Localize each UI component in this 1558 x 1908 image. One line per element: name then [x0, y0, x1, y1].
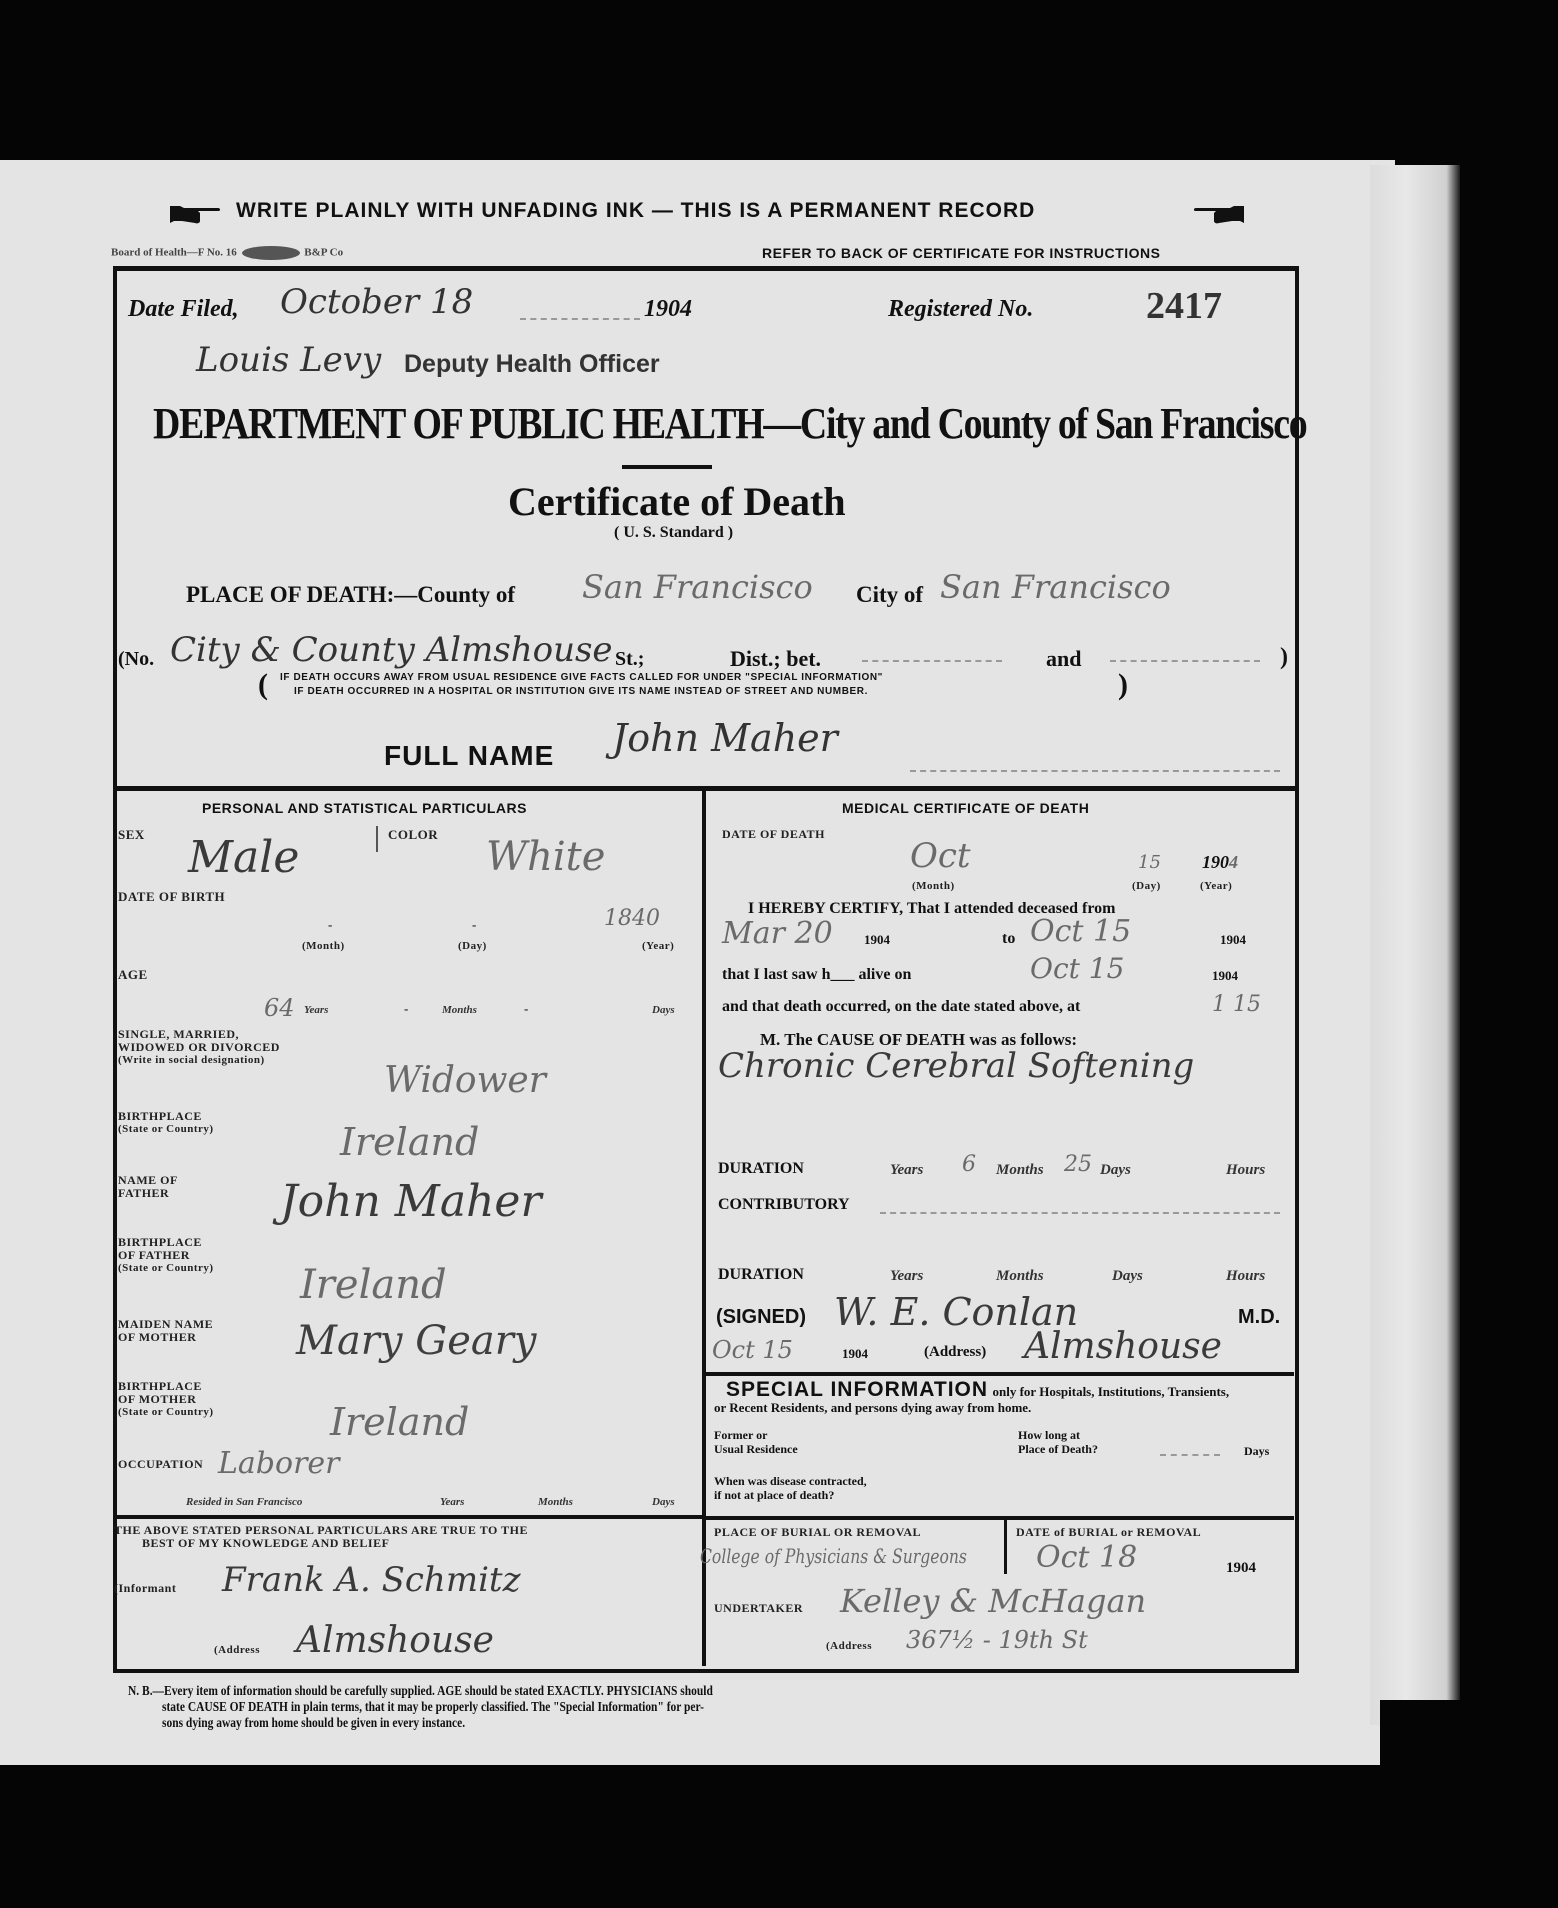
contributory-line — [880, 1212, 1280, 1214]
contributory-label: CONTRIBUTORY — [718, 1196, 850, 1214]
city-value: San Francisco — [940, 568, 1171, 606]
undertaker-value: Kelley & McHagan — [840, 1582, 1146, 1620]
residence-label-1: Former or — [714, 1428, 767, 1443]
duration-months-label: Months — [996, 1162, 1044, 1179]
dob-day-label: (Day) — [458, 940, 487, 953]
burial-year: 1904 — [1226, 1560, 1256, 1577]
book-page-edge — [1370, 165, 1460, 1725]
burial-place-label: PLACE OF BURIAL OR REMOVAL — [714, 1526, 921, 1539]
informant-statement-2: BEST OF MY KNOWLEDGE AND BELIEF — [142, 1537, 389, 1550]
mother-label-2: OF MOTHER — [118, 1331, 196, 1344]
attended-to-year: 1904 — [1220, 932, 1246, 948]
physician-address: Almshouse — [1024, 1326, 1222, 1367]
date-filed-value: October 18 — [280, 282, 473, 322]
informant-label: (Informant — [114, 1582, 176, 1595]
dob-year-label: (Year) — [642, 940, 674, 953]
duration-days-label: Days — [1100, 1162, 1131, 1179]
md-label: M.D. — [1238, 1306, 1280, 1329]
father-label-2: FATHER — [118, 1187, 169, 1200]
last-saw-year: 1904 — [1212, 968, 1238, 984]
residence-label-2: Usual Residence — [714, 1442, 798, 1457]
marital-label-2: WIDOWED OR DIVORCED — [118, 1041, 280, 1054]
duration-years-label: Years — [890, 1162, 923, 1179]
right-shadow — [1460, 0, 1558, 1908]
attended-from-year: 1904 — [864, 932, 890, 948]
standard-subtitle: ( U. S. Standard ) — [614, 524, 733, 542]
union-label-icon — [242, 246, 300, 260]
sex-label: SEX — [118, 828, 145, 841]
sex-value: Male — [188, 832, 299, 883]
resided-years-label: Years — [440, 1496, 464, 1508]
duration-label: DURATION — [718, 1160, 804, 1178]
father-bp-value: Ireland — [300, 1262, 447, 1308]
duration-months: 6 — [962, 1152, 976, 1177]
registered-no-label: Registered No. — [888, 296, 1033, 323]
burial-column-divider — [1004, 1518, 1007, 1574]
birthplace-label-2: (State or Country) — [118, 1123, 214, 1136]
form-id: Board of Health—F No. 16 B&P Co — [111, 246, 343, 260]
undertaker-address-label: (Address — [826, 1640, 872, 1653]
full-name-line — [910, 770, 1280, 772]
informant-divider — [113, 1515, 703, 1519]
place-of-death-label: PLACE OF DEATH:—County of — [186, 582, 515, 608]
signed-label: (SIGNED) — [716, 1306, 806, 1329]
personal-heading: PERSONAL AND STATISTICAL PARTICULARS — [202, 800, 527, 816]
duration2-years-label: Years — [890, 1268, 923, 1285]
how-long-label-2: Place of Death? — [1018, 1442, 1098, 1457]
address-value: City & County Almshouse — [170, 630, 613, 670]
age-years-label: Years — [304, 1004, 328, 1016]
burial-place: College of Physicians & Surgeons — [700, 1544, 967, 1568]
attended-from: Mar 20 — [722, 916, 833, 951]
signed-date: Oct 15 — [712, 1336, 793, 1364]
age-years-value: 64 — [264, 994, 295, 1022]
pointing-hand-right-icon — [1192, 203, 1246, 225]
how-long-days-label: Days — [1244, 1444, 1269, 1459]
duration2-label: DURATION — [718, 1266, 804, 1284]
color-value: White — [486, 834, 605, 880]
to-label: to — [1002, 930, 1015, 948]
department-title: DEPARTMENT OF PUBLIC HEALTH—City and Cou… — [153, 398, 1306, 449]
full-name-value: John Maher — [612, 716, 838, 760]
birthplace-label-1: BIRTHPLACE — [118, 1110, 202, 1123]
city-label: City of — [856, 582, 923, 608]
mother-value: Mary Geary — [296, 1318, 536, 1364]
medical-heading: MEDICAL CERTIFICATE OF DEATH — [842, 800, 1089, 816]
informant-address-label: (Address — [214, 1644, 260, 1657]
physician-address-label: (Address) — [924, 1344, 986, 1361]
undertaker-address: 367½ - 19th St — [906, 1626, 1088, 1654]
burial-divider — [704, 1516, 1294, 1520]
instructions-ref: REFER TO BACK OF CERTIFICATE FOR INSTRUC… — [762, 245, 1160, 261]
district-label: Dist.; bet. — [730, 646, 821, 672]
mother-bp-value: Ireland — [330, 1400, 469, 1444]
open-paren: ( — [258, 668, 268, 702]
county-value: San Francisco — [582, 568, 813, 606]
cause-of-death: Chronic Cerebral Softening — [718, 1046, 1194, 1086]
resided-days-label: Days — [652, 1496, 675, 1508]
signed-year: 1904 — [842, 1346, 868, 1362]
death-year-label: (Year) — [1200, 880, 1232, 893]
close-paren: ) — [1280, 644, 1288, 671]
duration2-days-label: Days — [1112, 1268, 1143, 1285]
informant-address: Almshouse — [296, 1620, 494, 1661]
special-heading-row: SPECIAL INFORMATION only for Hospitals, … — [726, 1378, 1229, 1402]
full-name-label: FULL NAME — [384, 740, 554, 772]
duration2-hours-label: Hours — [1226, 1268, 1265, 1285]
dob-month-value: - — [328, 918, 333, 931]
footnote-line3: sons dying away from home should be give… — [162, 1716, 465, 1732]
death-year: 1904 — [1202, 852, 1238, 873]
mother-bp-label-3: (State or Country) — [118, 1406, 214, 1419]
last-saw-text: that I last saw h___ alive on — [722, 966, 911, 984]
dob-month-label: (Month) — [302, 940, 345, 953]
how-long-label-1: How long at — [1018, 1428, 1080, 1443]
father-bp-label-3: (State or Country) — [118, 1262, 214, 1275]
father-value: John Maher — [280, 1176, 542, 1227]
certificate-title: Certificate of Death — [508, 478, 846, 525]
marital-label-3: (Write in social designation) — [118, 1054, 265, 1067]
district-line-2 — [1110, 660, 1260, 662]
death-month: Oct — [910, 836, 971, 876]
date-filed-year: 1904 — [644, 296, 692, 323]
street-label: St.; — [615, 648, 644, 671]
dob-day-value: - — [472, 918, 477, 931]
duration-days: 25 — [1064, 1152, 1092, 1177]
registered-no: 2417 — [1146, 284, 1222, 328]
special-subheading-2: or Recent Residents, and persons dying a… — [714, 1400, 1031, 1416]
date-of-death-label: DATE OF DEATH — [722, 828, 825, 841]
death-month-label: (Month) — [912, 880, 955, 893]
occurred-text: and that death occurred, on the date sta… — [722, 998, 1080, 1016]
dob-year-value: 1840 — [604, 906, 660, 931]
contracted-label-2: if not at place of death? — [714, 1488, 834, 1503]
burial-date: Oct 18 — [1036, 1540, 1137, 1575]
duration-hours-label: Hours — [1226, 1162, 1265, 1179]
title-divider — [622, 465, 712, 469]
time-of-death: 1 15 — [1212, 992, 1261, 1017]
age-months-label: Months — [442, 1004, 477, 1016]
occupation-label: OCCUPATION — [118, 1458, 203, 1471]
dob-label: DATE OF BIRTH — [118, 890, 225, 903]
special-heading: SPECIAL INFORMATION — [726, 1378, 988, 1401]
place-note-line1: IF DEATH OCCURS AWAY FROM USUAL RESIDENC… — [280, 672, 883, 683]
undertaker-label: UNDERTAKER — [714, 1602, 803, 1615]
age-days-value: - — [524, 1002, 529, 1015]
and-label: and — [1046, 646, 1081, 672]
informant-name: Frank A. Schmitz — [222, 1560, 521, 1600]
place-note-line2: IF DEATH OCCURRED IN A HOSPITAL OR INSTI… — [294, 686, 868, 697]
special-divider — [704, 1372, 1294, 1376]
attended-to: Oct 15 — [1030, 914, 1131, 949]
last-saw-date: Oct 15 — [1030, 952, 1124, 985]
color-label: COLOR — [388, 828, 438, 841]
death-day-label: (Day) — [1132, 880, 1161, 893]
special-subheading-1: only for Hospitals, Institutions, Transi… — [993, 1384, 1230, 1399]
sex-color-divider — [376, 826, 378, 852]
footnote-line2: state CAUSE OF DEATH in plain terms, tha… — [162, 1700, 704, 1716]
date-filed-line — [520, 318, 640, 320]
marital-value: Widower — [384, 1060, 546, 1101]
age-months-value: - — [404, 1002, 409, 1015]
resided-months-label: Months — [538, 1496, 573, 1508]
district-line-1 — [862, 660, 1002, 662]
mother-bp-label-2: OF MOTHER — [118, 1393, 196, 1406]
birthplace-value: Ireland — [340, 1120, 479, 1164]
officer-signature: Louis Levy — [196, 340, 381, 380]
contracted-label-1: When was disease contracted, — [714, 1474, 867, 1489]
street-number-label: (No. — [118, 648, 154, 671]
footnote-line1: N. B.—Every item of information should b… — [128, 1684, 713, 1700]
age-label: AGE — [118, 968, 148, 981]
age-days-label: Days — [652, 1004, 675, 1016]
banner-text: WRITE PLAINLY WITH UNFADING INK — THIS I… — [236, 199, 1035, 223]
pointing-hand-left-icon — [168, 203, 222, 225]
officer-title: Deputy Health Officer — [404, 350, 660, 379]
burial-date-label: DATE of BURIAL or REMOVAL — [1016, 1526, 1201, 1539]
note-close-paren: ) — [1118, 668, 1128, 702]
date-filed-label: Date Filed, — [128, 296, 239, 323]
how-long-line — [1160, 1454, 1220, 1456]
occupation-value: Laborer — [218, 1446, 340, 1481]
father-bp-label-2: OF FATHER — [118, 1249, 190, 1262]
death-day: 15 — [1138, 852, 1161, 873]
resided-label: Resided in San Francisco — [186, 1496, 302, 1508]
duration2-months-label: Months — [996, 1268, 1044, 1285]
column-divider — [702, 791, 706, 1666]
